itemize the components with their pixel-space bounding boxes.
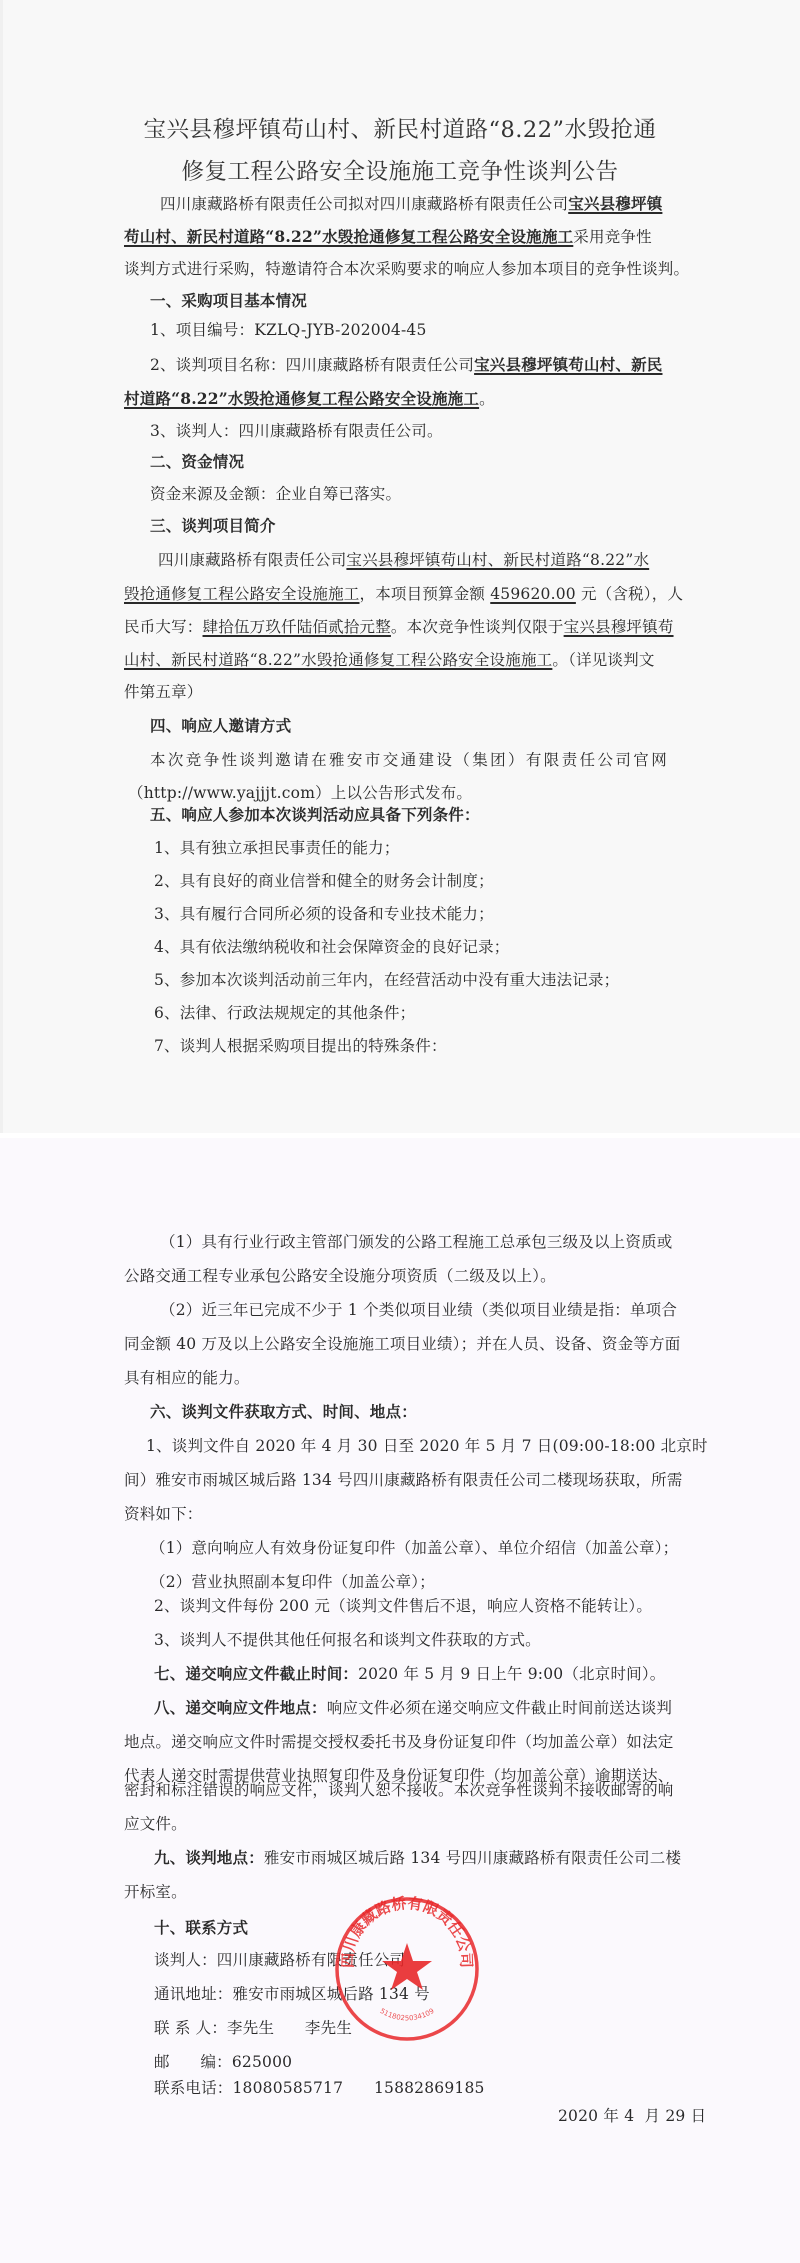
submission-location-line-1: 八、递交响应文件地点：响应文件必须在递交响应文件截止时间前送达谈判 (154, 1698, 672, 1718)
project-intro-line-1: 四川康藏路桥有限责任公司宝兴县穆坪镇苟山村、新民村道路“8.22”水 (158, 550, 649, 570)
project-name-line-2: 村道路“8.22”水毁抢通修复工程公路安全设施施工。 (124, 389, 495, 409)
intro-line-3: 谈判方式进行采购，特邀请符合本次采购要求的响应人参加本项目的竞争性谈判。 (124, 259, 689, 279)
special-condition-1-line-2: 公路交通工程专业承包公路安全设施分项资质（二级及以上）。 (124, 1266, 556, 1286)
budget-amount: 459620.00 (490, 585, 576, 603)
negotiation-location-line-2: 开标室。 (124, 1882, 187, 1902)
submission-location-line-4: 密封和标注错误的响应文件，谈判人恕不接收。本次竞争性谈判不接收邮寄的响 (124, 1780, 674, 1800)
invitation-line-2: （http://www.yajjjt.com）上以公告形式发布。 (128, 783, 472, 803)
project-intro-line-5: 件第五章） (124, 682, 203, 702)
condition-item-4: 4、具有依法缴纳税收和社会保障资金的良好记录； (154, 937, 509, 957)
section-2-heading: 二、资金情况 (150, 452, 244, 472)
required-material-2: （2）营业执照副本复印件（加盖公章）； (150, 1572, 435, 1592)
project-intro-line-4: 山村、新民村道路“8.22”水毁抢通修复工程公路安全设施施工。（详见谈判文 (124, 650, 655, 670)
official-seal-icon: 四川康藏路桥有限责任公司 5118025034109 (333, 1895, 481, 2043)
section-10-heading: 十、联系方式 (154, 1918, 248, 1938)
funding-source: 资金来源及金额：企业自筹已落实。 (150, 484, 401, 504)
section-5-heading: 五、响应人参加本次谈判活动应具备下列条件： (150, 805, 480, 825)
project-name-line-1: 2、谈判项目名称：四川康藏路桥有限责任公司宝兴县穆坪镇苟山村、新民 (150, 355, 662, 375)
special-condition-2-line-1: （2）近三年已完成不少于 1 个类似项目业绩（类似项目业绩是指：单项合 (160, 1300, 677, 1320)
section-1-heading: 一、采购项目基本情况 (150, 291, 307, 311)
negotiator-line: 3、谈判人：四川康藏路桥有限责任公司。 (150, 421, 443, 441)
condition-item-5: 5、参加本次谈判活动前三年内，在经营活动中没有重大违法记录； (154, 970, 619, 990)
special-condition-1-line-1: （1）具有行业行政主管部门颁发的公路工程施工总承包三级及以上资质或 (160, 1232, 672, 1252)
document-acquisition-line-2: 间）雅安市雨城区城后路 134 号四川康藏路桥有限责任公司二楼现场获取，所需 (124, 1470, 683, 1490)
submission-location-line-2: 地点。递交响应文件时需提交授权委托书及身份证复印件（均加盖公章）如法定 (124, 1732, 674, 1752)
project-intro-line-3: 民币大写：肆拾伍万玖仟陆佰贰拾元整。本次竞争性谈判仅限于宝兴县穆坪镇苟 (124, 617, 674, 637)
intro-line-2: 苟山村、新民村道路“8.22”水毁抢通修复工程公路安全设施施工采用竞争性 (124, 227, 652, 247)
negotiation-location-line-1: 九、谈判地点：雅安市雨城区城后路 134 号四川康藏路桥有限责任公司二楼 (154, 1848, 681, 1868)
condition-item-1: 1、具有独立承担民事责任的能力； (154, 838, 400, 858)
acquisition-note: 3、谈判人不提供其他任何报名和谈判文件获取的方式。 (154, 1630, 541, 1650)
document-fee: 2、谈判文件每份 200 元（谈判文件售后不退，响应人资格不能转让）。 (154, 1596, 652, 1616)
document-title-line-2: 修复工程公路安全设施施工竞争性谈判公告 (0, 158, 800, 186)
submission-location-line-5: 应文件。 (124, 1814, 187, 1834)
document-acquisition-line-3: 资料如下： (124, 1504, 203, 1524)
special-condition-2-line-3: 具有相应的能力。 (124, 1368, 250, 1388)
contact-phone: 联系电话：18080585717 15882869185 (154, 2078, 485, 2098)
section-3-heading: 三、谈判项目简介 (150, 516, 276, 536)
invitation-line-1: 本次竞争性谈判邀请在雅安市交通建设（集团）有限责任公司官网 (150, 750, 669, 770)
condition-item-2: 2、具有良好的商业信誉和健全的财务会计制度； (154, 871, 494, 891)
svg-text:5118025034109: 5118025034109 (378, 2007, 435, 2022)
submission-deadline: 七、递交响应文件截止时间：2020 年 5 月 9 日上午 9:00（北京时间）… (154, 1664, 666, 1684)
contact-postcode: 邮 编：625000 (154, 2052, 292, 2072)
document-title-line-1: 宝兴县穆坪镇苟山村、新民村道路“8.22”水毁抢通 (0, 116, 800, 144)
contact-person: 联 系 人：李先生 李先生 (154, 2018, 352, 2038)
intro-line-1: 四川康藏路桥有限责任公司拟对四川康藏路桥有限责任公司宝兴县穆坪镇 (160, 194, 662, 214)
condition-item-6: 6、法律、行政法规规定的其他条件； (154, 1003, 415, 1023)
document-date: 2020 年 4 月 29 日 (558, 2106, 706, 2126)
required-material-1: （1）意向响应人有效身份证复印件（加盖公章）、单位介绍信（加盖公章）； (150, 1538, 678, 1558)
project-intro-line-2: 毁抢通修复工程公路安全设施施工，本项目预算金额 459620.00 元（含税），… (124, 584, 683, 604)
condition-item-7: 7、谈判人根据采购项目提出的特殊条件： (154, 1036, 447, 1056)
section-6-heading: 六、谈判文件获取方式、时间、地点： (150, 1402, 417, 1422)
condition-item-3: 3、具有履行合同所必须的设备和专业技术能力； (154, 904, 494, 924)
section-4-heading: 四、响应人邀请方式 (150, 716, 291, 736)
document-acquisition-line-1: 1、谈判文件自 2020 年 4 月 30 日至 2020 年 5 月 7 日(… (146, 1436, 708, 1456)
project-number: 1、项目编号：KZLQ-JYB-202004-45 (150, 320, 427, 340)
special-condition-2-line-2: 同金额 40 万及以上公路安全设施施工项目业绩）；并在人员、设备、资金等方面 (124, 1334, 680, 1354)
